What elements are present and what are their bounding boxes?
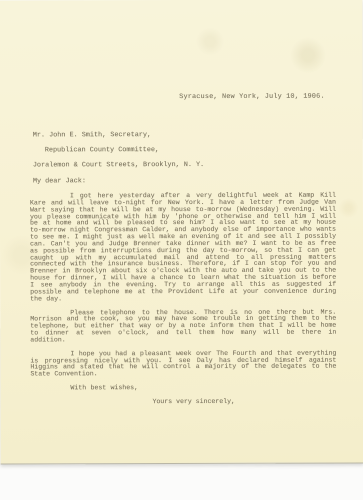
letter-salutation: My dear Jack: bbox=[33, 177, 86, 185]
recipient-street-line: Joralemon & Court Streets, Brooklyn, N. … bbox=[33, 158, 204, 173]
paragraph-3: I hope you had a pleasant week over The … bbox=[30, 350, 336, 378]
recipient-name-line: Mr. John E. Smith, Secretary, bbox=[33, 128, 204, 143]
letter-dateline: Syracuse, New York, July 10, 1906. bbox=[0, 93, 325, 102]
recipient-organization-line: Republican County Committee, bbox=[33, 143, 204, 158]
closing-line: Yours very sincerely, bbox=[30, 399, 336, 407]
letter-body: I got here yesterday after a very deligh… bbox=[30, 193, 337, 407]
letter-paper: Syracuse, New York, July 10, 1906. Mr. J… bbox=[0, 0, 363, 464]
regards-line: With best wishes, bbox=[30, 385, 336, 393]
paragraph-2: Please telephone to the house. There is … bbox=[30, 309, 336, 344]
recipient-address-block: Mr. John E. Smith, Secretary, Republican… bbox=[33, 128, 204, 173]
paragraph-1: I got here yesterday after a very deligh… bbox=[30, 193, 336, 303]
